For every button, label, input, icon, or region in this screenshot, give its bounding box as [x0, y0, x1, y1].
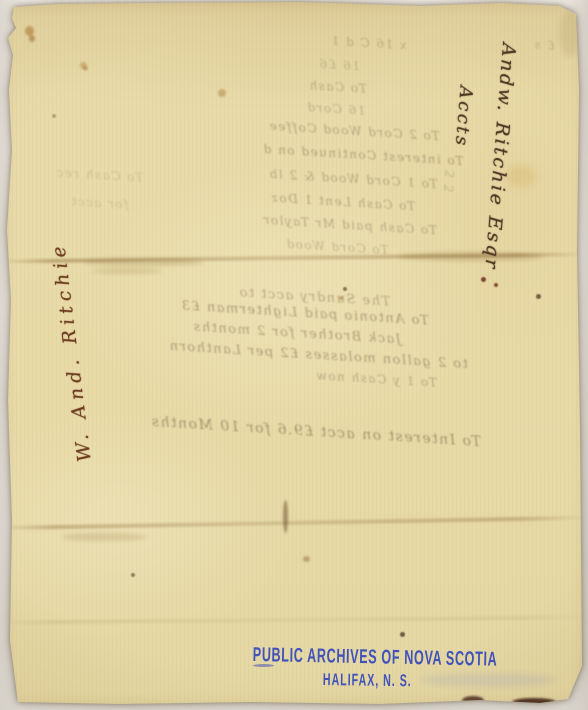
docket-accounts-label: Accts [438, 39, 481, 280]
bleedthrough-text-line: To 2 Cord Wood Coffee [268, 119, 440, 143]
stamp-line-2: HALIFAX, N. S. [323, 670, 443, 692]
bleedthrough-text-line: To Cash [308, 78, 368, 96]
bleedthrough-text-line: To Cash rec [55, 165, 144, 184]
fold-crease [0, 615, 588, 624]
stain [92, 268, 162, 274]
bleedthrough-text-line: To Cash paid Mr Taylor [262, 213, 437, 238]
bleedthrough-text-line: x 16 C d 1 [330, 34, 408, 53]
stain [339, 296, 343, 300]
bleedthrough-text-line: To interest Continued on d [262, 142, 464, 168]
bleedthrough-text-line: Jack Brother for 2 months [192, 320, 402, 348]
bleedthrough-text-line: To 1 Cord Wood & 2 lb [268, 167, 438, 191]
bleedthrough-text-line: for acct [70, 194, 129, 212]
paper-shadow: x 16 C d 116 £6To Cash16 CordTo 2 Cord W… [0, 0, 588, 710]
stain [29, 35, 35, 42]
bleedthrough-text-line: £ s [533, 37, 556, 52]
bleedthrough-text-line: To Cord Wood [285, 237, 389, 257]
stain [25, 26, 34, 36]
bleedthrough-text-line: To Antonio paid Lighterman £3 [180, 298, 429, 328]
docket-name-line: Andw. Ritchie Esqr [480, 42, 520, 271]
archives-stamp: PUBLIC ARCHIVES OF NOVA SCOTIA HALIFAX, … [253, 644, 513, 690]
stain [343, 287, 347, 291]
bleedthrough-text-line: To 1 y Cash now [315, 368, 438, 389]
stain [218, 89, 226, 97]
stain [131, 573, 135, 577]
stain [400, 632, 405, 637]
stain [303, 556, 310, 562]
stain [283, 500, 288, 533]
stain [494, 283, 498, 287]
fold-crease [0, 516, 588, 530]
bleedthrough-text-line: To Interest on acct £9.6 for 10 Months [150, 414, 481, 450]
bleedthrough-text-line: To Cash Lent 1 Doz [270, 191, 416, 214]
bleedthrough-text-line: 16 Cord [306, 100, 366, 118]
stain [462, 696, 484, 705]
stain [83, 66, 88, 71]
stain [62, 533, 147, 541]
owner-annotation: W. And. Ritchie [46, 232, 96, 463]
bleedthrough-text-line: The Sundry acct to [238, 285, 391, 309]
stain [560, 10, 580, 56]
stain [512, 698, 556, 706]
docket-annotation: Andw. Ritchie Esqr Accts [438, 39, 521, 283]
stain [80, 62, 87, 69]
bleedthrough-text-line: to 2 gallon molasses £2 per Lanthorn [168, 339, 468, 372]
stamp-line-1: PUBLIC ARCHIVES OF NOVA SCOTIA [253, 644, 417, 670]
stain [52, 114, 56, 118]
stain [536, 294, 541, 299]
bleedthrough-text-line: 16 £6 [318, 57, 361, 74]
scanned-document: x 16 C d 116 £6To Cash16 CordTo 2 Cord W… [0, 0, 588, 710]
stain [84, 258, 204, 266]
paper-sheet: x 16 C d 116 £6To Cash16 CordTo 2 Cord W… [0, 0, 588, 710]
